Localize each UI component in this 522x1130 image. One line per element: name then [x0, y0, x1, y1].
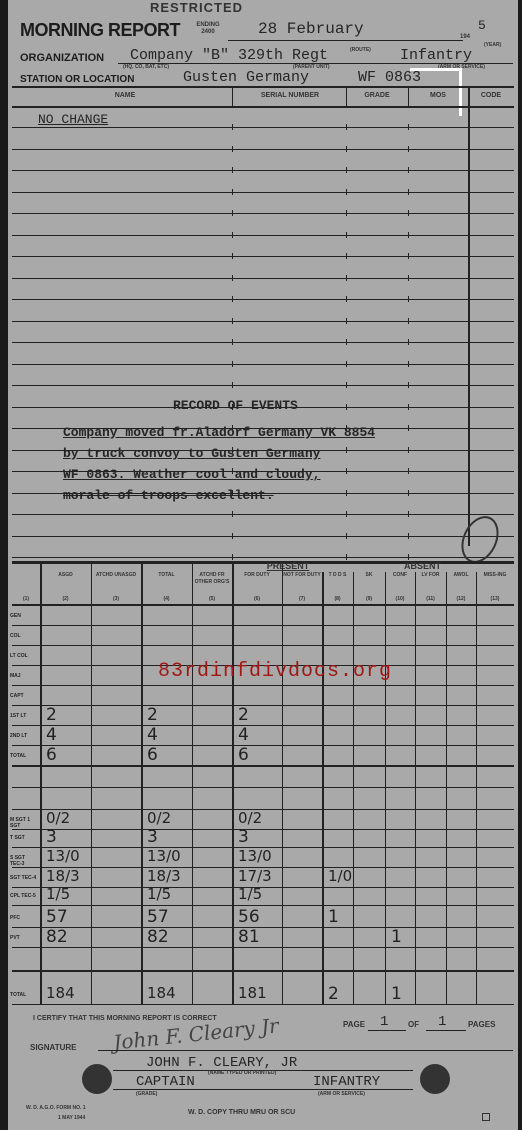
column-tick — [408, 447, 409, 453]
strength-cell-for_duty: 2 — [238, 705, 249, 725]
strength-col-line — [385, 572, 386, 1004]
strength-cell-asgd: 184 — [46, 984, 75, 1002]
total-pages: 1 — [438, 1014, 446, 1030]
strength-cell-for_duty: 13/0 — [238, 847, 272, 865]
form-title: MORNING REPORT — [20, 20, 180, 41]
strength-row-label: T SGT — [10, 835, 38, 841]
pages-label: PAGES — [468, 1021, 495, 1028]
org-sub-label: (HQ, CO, BAT, ETC) — [123, 64, 169, 71]
strength-row-line — [12, 745, 514, 746]
signature-label: SIGNATURE — [30, 1044, 77, 1051]
strength-cell-for_duty: 6 — [238, 745, 249, 765]
column-tick — [346, 382, 347, 388]
strength-row-label: COL — [10, 633, 38, 639]
strength-col-number: (6) — [232, 596, 282, 603]
column-tick — [408, 554, 409, 560]
event-line-3: WF 0863. Weather cool and cloudy, — [63, 467, 320, 482]
strength-row-line — [12, 887, 514, 888]
grade-value: CAPTAIN — [136, 1074, 195, 1090]
strength-cell-conf: 1 — [391, 927, 402, 947]
ruled-line — [12, 364, 514, 365]
column-tick — [232, 296, 233, 302]
strength-row-label: S SGT TEC-3 — [10, 855, 38, 867]
strength-row-line — [12, 625, 514, 626]
col-code: CODE — [470, 92, 512, 99]
column-tick — [346, 468, 347, 474]
strength-col-header: FOR DUTY — [232, 572, 282, 579]
column-tick — [346, 490, 347, 496]
scan-artifact — [410, 68, 460, 71]
strength-header-rule — [12, 604, 514, 606]
strength-col-number: (4) — [141, 596, 192, 603]
strength-col-header: CONF — [385, 572, 415, 579]
strength-row-line — [12, 809, 514, 810]
column-tick — [408, 511, 409, 517]
column-tick — [346, 146, 347, 152]
strength-row-line — [12, 1004, 514, 1005]
column-tick — [232, 146, 233, 152]
strength-row-line — [12, 905, 514, 906]
column-tick — [408, 296, 409, 302]
ruled-line — [12, 213, 514, 214]
strength-col-header: ASGD — [40, 572, 91, 579]
ruled-line — [12, 321, 514, 322]
station-label: STATION OR LOCATION — [20, 74, 134, 85]
strength-cell-for_duty: 56 — [238, 907, 260, 927]
restricted-stamp: RESTRICTED — [150, 0, 243, 15]
strength-cell-asgd: 13/0 — [46, 847, 80, 865]
column-tick — [408, 361, 409, 367]
page-label: PAGE — [343, 1021, 365, 1028]
strength-col-line — [322, 572, 324, 1004]
column-tick — [346, 533, 347, 539]
column-tick — [346, 275, 347, 281]
column-tick — [346, 232, 347, 238]
watermark: 83rdinfdivdocs.org — [158, 660, 392, 683]
column-tick — [232, 275, 233, 281]
strength-cell-total: 18/3 — [147, 867, 181, 885]
strength-col-header: ATCHD FR OTHER ORG'S — [192, 572, 232, 586]
strength-col-line — [415, 572, 416, 1004]
ruled-line — [12, 235, 514, 236]
strength-row-line — [12, 927, 514, 928]
ruled-line — [12, 299, 514, 300]
strength-row-label: PVT — [10, 935, 38, 941]
event-line-2: by truck convoy to Gusten Germany — [63, 446, 320, 461]
strength-row-label: CAPT — [10, 693, 38, 699]
strength-cell-conf: 1 — [391, 984, 402, 1004]
column-tick — [232, 339, 233, 345]
ruled-line — [12, 342, 514, 343]
strength-col-number: (13) — [476, 596, 514, 603]
arm-label: (ARM OR SERVICE) — [318, 1091, 365, 1098]
column-tick — [408, 425, 409, 431]
form-date: 1 MAY 1944 — [58, 1115, 85, 1122]
strength-cell-asgd: 18/3 — [46, 867, 80, 885]
column-tick — [346, 296, 347, 302]
column-tick — [408, 468, 409, 474]
strength-cell-total: 6 — [147, 745, 158, 765]
of-label: OF — [408, 1021, 419, 1028]
arm-value: INFANTRY — [313, 1074, 380, 1090]
strength-col-number: (9) — [353, 596, 385, 603]
report-date: 28 February — [258, 20, 364, 38]
column-tick — [232, 124, 233, 130]
strength-row-label: 1ST LT — [10, 713, 38, 719]
strength-row-label: PFC — [10, 915, 38, 921]
column-tick — [346, 554, 347, 560]
strength-cell-total: 4 — [147, 725, 158, 745]
strength-cell-for_duty: 3 — [238, 827, 249, 847]
strength-cell-for_duty: 181 — [238, 984, 267, 1002]
strength-row-line — [12, 705, 514, 706]
grade-label: (GRADE) — [136, 1091, 157, 1098]
strength-row-line — [12, 947, 514, 948]
column-tick — [408, 339, 409, 345]
strength-col-number: (11) — [415, 596, 446, 603]
year-label: (YEAR) — [484, 42, 501, 49]
morning-report-form: RESTRICTED MORNING REPORT ENDING 2400 28… — [8, 0, 518, 1130]
strength-row-line — [12, 765, 514, 767]
ruled-line — [12, 385, 514, 386]
strength-row-label: 2ND LT — [10, 733, 38, 739]
column-tick — [232, 511, 233, 517]
ending-label: ENDING 2400 — [196, 22, 220, 36]
typed-name: JOHN F. CLEARY, JR — [146, 1055, 297, 1071]
strength-col-line — [446, 572, 447, 1004]
column-tick — [346, 361, 347, 367]
no-change-entry: NO CHANGE — [38, 112, 108, 127]
strength-cell-asgd: 2 — [46, 705, 57, 725]
route-label: (ROUTE) — [350, 47, 371, 54]
strength-col-number: (7) — [282, 596, 322, 603]
column-tick — [408, 210, 409, 216]
strength-col-line — [40, 564, 42, 1004]
column-tick — [346, 124, 347, 130]
column-tick — [232, 167, 233, 173]
strength-cell-for_duty: 4 — [238, 725, 249, 745]
column-tick — [232, 253, 233, 259]
column-tick — [346, 167, 347, 173]
year-prefix: 194 — [460, 34, 470, 41]
column-tick — [408, 533, 409, 539]
strength-col-number: (12) — [446, 596, 476, 603]
column-tick — [346, 318, 347, 324]
strength-row-label: GEN — [10, 613, 38, 619]
strength-col-header: NOT FOR DUTY — [282, 572, 322, 579]
event-line-1: Company moved fr.Aladorf Germany VK 8854 — [63, 425, 375, 440]
strength-col-line — [91, 564, 92, 1004]
strength-row-label: TOTAL — [10, 992, 38, 998]
col-serial-number: SERIAL NUMBER — [234, 92, 346, 99]
column-tick — [232, 382, 233, 388]
strength-col-header: ATCHD UNASGD — [91, 572, 141, 579]
station-value: Gusten Germany — [183, 69, 309, 86]
column-tick — [346, 447, 347, 453]
record-of-events-title: RECORD OF EVENTS — [173, 398, 298, 413]
checkbox — [482, 1113, 490, 1121]
binder-hole-right — [420, 1064, 450, 1094]
strength-col-number: (1) — [12, 596, 40, 603]
ruled-line — [12, 278, 514, 279]
strength-cell-total: 2 — [147, 705, 158, 725]
col-name: NAME — [12, 92, 238, 99]
column-tick — [232, 210, 233, 216]
strength-col-number: (3) — [91, 596, 141, 603]
ruled-line — [12, 192, 514, 193]
strength-col-header: T D D S — [322, 572, 353, 579]
column-tick — [408, 253, 409, 259]
column-tick — [408, 275, 409, 281]
typed-name-label: (NAME TYPED OR PRINTED) — [208, 1070, 276, 1077]
strength-col-header: TOTAL — [141, 572, 192, 579]
column-tick — [408, 146, 409, 152]
strength-cell-total: 82 — [147, 927, 169, 947]
strength-col-header: AWOL — [446, 572, 476, 579]
strength-cell-total: 184 — [147, 984, 176, 1002]
ruled-line — [12, 149, 514, 150]
column-tick — [346, 253, 347, 259]
strength-col-line — [141, 564, 143, 1004]
strength-cell-total: 1/5 — [147, 885, 171, 903]
column-tick — [232, 554, 233, 560]
strength-col-header: SK — [353, 572, 385, 579]
strength-row-label: M SGT 1 SGT — [10, 817, 38, 829]
strength-col-line — [192, 564, 193, 1004]
column-tick — [408, 124, 409, 130]
strength-row-line — [12, 685, 514, 686]
page-number: 1 — [380, 1014, 388, 1030]
absent-header: ABSENT — [330, 563, 515, 570]
column-tick — [408, 167, 409, 173]
strength-cell-asgd: 6 — [46, 745, 57, 765]
strength-cell-asgd: 1/5 — [46, 885, 70, 903]
column-tick — [408, 318, 409, 324]
column-tick — [408, 232, 409, 238]
column-tick — [232, 361, 233, 367]
strength-cell-total: 57 — [147, 907, 169, 927]
strength-cell-asgd: 3 — [46, 827, 57, 847]
organization-value: Company "B" 329th Regt — [130, 47, 328, 64]
col-mos: MOS — [408, 92, 468, 99]
column-tick — [408, 404, 409, 410]
organization-label: ORGANIZATION — [20, 52, 104, 64]
strength-row-label: TOTAL — [10, 753, 38, 759]
column-tick — [408, 382, 409, 388]
present-header: PRESENT — [240, 563, 336, 570]
strength-cell-asgd: 82 — [46, 927, 68, 947]
strength-col-line — [353, 572, 354, 1004]
strength-row-line — [12, 645, 514, 646]
strength-cell-for_duty: 0/2 — [238, 809, 262, 827]
year-suffix: 5 — [478, 18, 486, 33]
strength-row-line — [12, 970, 514, 972]
column-tick — [232, 533, 233, 539]
strength-cell-for_duty: 17/3 — [238, 867, 272, 885]
column-tick — [232, 189, 233, 195]
strength-row-label: MAJ — [10, 673, 38, 679]
strength-col-line — [282, 564, 283, 1004]
ruled-line — [12, 170, 514, 171]
strength-row-label: LT COL — [10, 653, 38, 659]
grid-coordinate: WF 0863 — [358, 69, 421, 86]
col-grade: GRADE — [346, 92, 408, 99]
strength-col-line — [232, 564, 234, 1004]
strength-cell-asgd: 4 — [46, 725, 57, 745]
ruled-line — [12, 127, 514, 128]
strength-row-label: SGT TEC-4 — [10, 875, 38, 881]
binder-hole-left — [82, 1064, 112, 1094]
column-tick — [346, 210, 347, 216]
ruled-line — [12, 536, 514, 537]
column-tick — [232, 232, 233, 238]
strength-row-line — [12, 829, 514, 830]
strength-cell-tdds: 1 — [328, 907, 339, 927]
strength-col-number: (10) — [385, 596, 415, 603]
strength-cell-total: 3 — [147, 827, 158, 847]
strength-col-header: LV FOR — [415, 572, 446, 579]
strength-row-line — [12, 725, 514, 726]
column-tick — [346, 404, 347, 410]
copy-note: W. D. COPY THRU MRU OR SCU — [188, 1109, 295, 1116]
strength-col-header: MISS-ING — [476, 572, 514, 579]
strength-cell-total: 0/2 — [147, 809, 171, 827]
column-tick — [346, 511, 347, 517]
strength-row-line — [12, 787, 514, 788]
strength-cell-asgd: 57 — [46, 907, 68, 927]
column-tick — [408, 189, 409, 195]
strength-cell-tdds: 1/0 — [328, 867, 352, 885]
strength-cell-tdds: 2 — [328, 984, 339, 1004]
ruled-line — [12, 256, 514, 257]
ruled-line — [12, 514, 514, 515]
service-value: Infantry — [400, 47, 472, 64]
strength-cell-total: 13/0 — [147, 847, 181, 865]
form-number: W. D. A.G.O. FORM NO. 1 — [26, 1105, 86, 1112]
strength-col-line — [476, 572, 477, 1004]
column-tick — [346, 189, 347, 195]
ruled-line — [12, 557, 514, 558]
column-tick — [346, 339, 347, 345]
column-tick — [232, 318, 233, 324]
strength-row-label: CPL TEC-5 — [10, 893, 38, 899]
strength-col-number: (2) — [40, 596, 91, 603]
column-tick — [408, 490, 409, 496]
strength-col-number: (5) — [192, 596, 232, 603]
strength-cell-for_duty: 1/5 — [238, 885, 262, 903]
certify-statement: I CERTIFY THAT THIS MORNING REPORT IS CO… — [33, 1015, 217, 1022]
strength-col-number: (8) — [322, 596, 353, 603]
strength-cell-for_duty: 81 — [238, 927, 260, 947]
event-line-4: morale of troops excellent. — [63, 488, 274, 503]
strength-cell-asgd: 0/2 — [46, 809, 70, 827]
